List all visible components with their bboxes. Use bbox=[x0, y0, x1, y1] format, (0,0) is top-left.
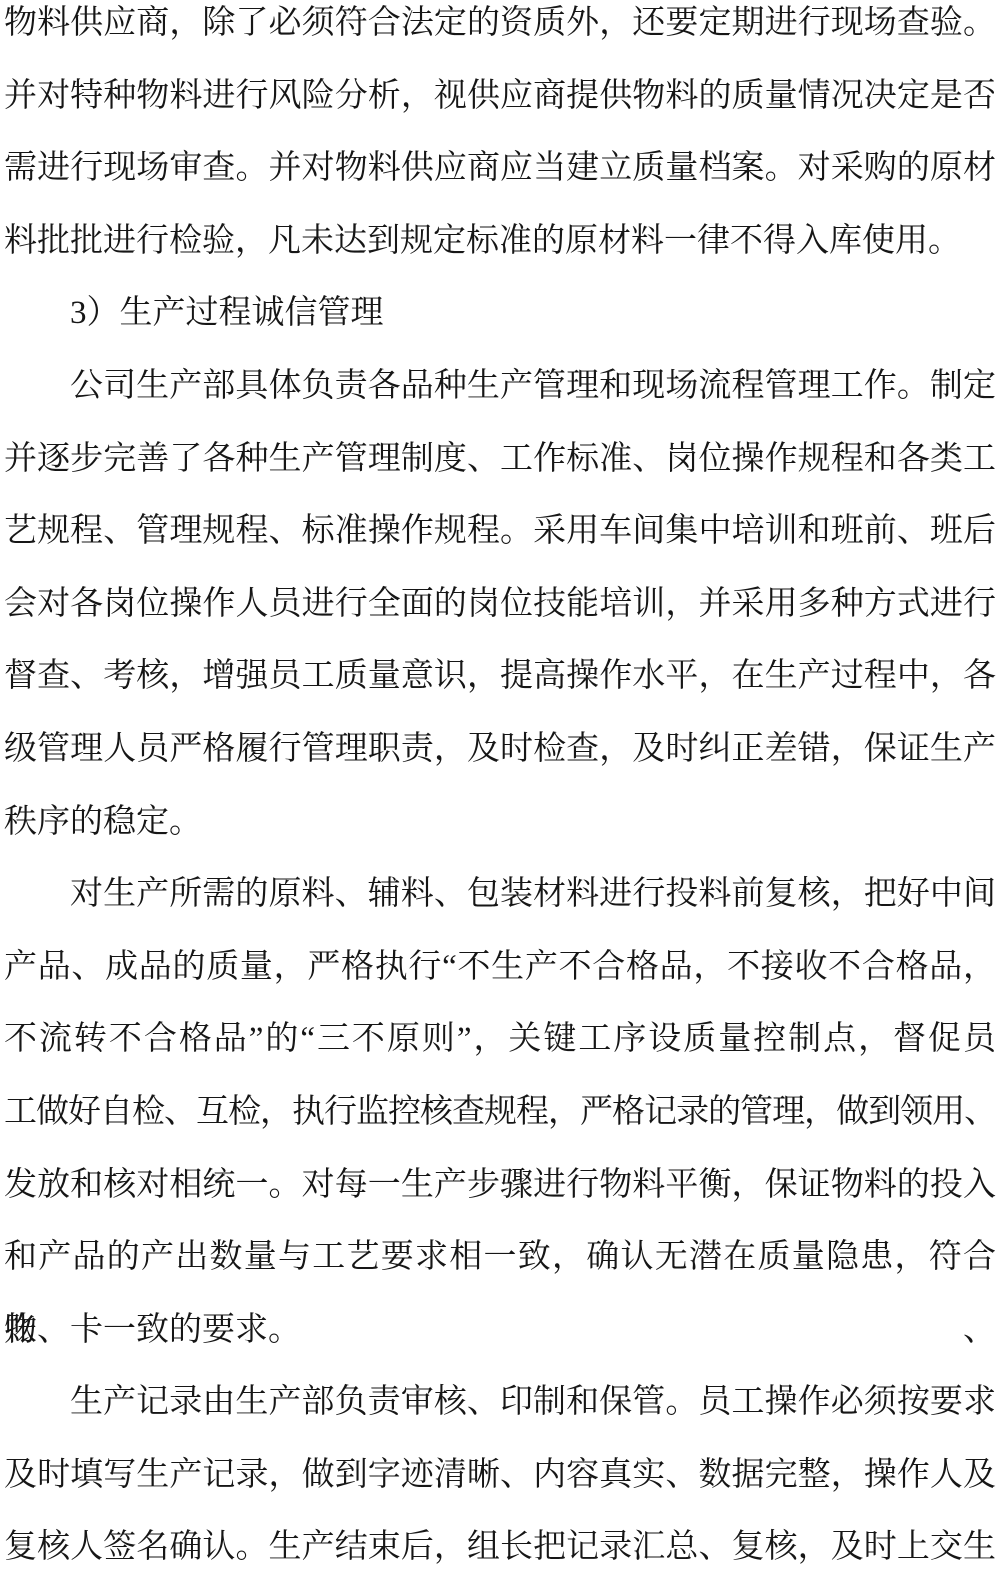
text-line: 级管理人员严格履行管理职责，及时检查，及时纠正差错，保证生产 bbox=[4, 713, 996, 786]
document-text-block: 物料供应商，除了必须符合法定的资质外，还要定期进行现场查验。 并对特种物料进行风… bbox=[0, 0, 996, 1579]
text-line: 和产品的产出数量与工艺要求相一致，确认无潜在质量隐患，符合账、 bbox=[4, 1221, 996, 1294]
text-line: 及时填写生产记录，做到字迹清晰、内容真实、数据完整，操作人及 bbox=[4, 1439, 996, 1512]
document-page: 物料供应商，除了必须符合法定的资质外，还要定期进行现场查验。 并对特种物料进行风… bbox=[0, 0, 1000, 1579]
text-line: 需进行现场审查。并对物料供应商应当建立质量档案。对采购的原材 bbox=[4, 132, 996, 205]
text-line: 督查、考核，增强员工质量意识，提高操作水平，在生产过程中，各 bbox=[4, 640, 996, 713]
text-line: 工做好自检、互检，执行监控核查规程，严格记录的管理，做到领用、 bbox=[4, 1076, 996, 1149]
text-line: 并对特种物料进行风险分析，视供应商提供物料的质量情况决定是否 bbox=[4, 60, 996, 133]
text-line: 并逐步完善了各种生产管理制度、工作标准、岗位操作规程和各类工 bbox=[4, 423, 996, 496]
text-line: 物料供应商，除了必须符合法定的资质外，还要定期进行现场查验。 bbox=[4, 0, 996, 60]
text-line: 复核人签名确认。生产结束后，组长把记录汇总、复核，及时上交生 bbox=[4, 1511, 996, 1579]
text-line: 秩序的稳定。 bbox=[4, 786, 996, 859]
text-line: 不流转不合格品”的“三不原则”，关键工序设质量控制点，督促员 bbox=[4, 1003, 996, 1076]
text-line: 产品、成品的质量，严格执行“不生产不合格品，不接收不合格品， bbox=[4, 931, 996, 1004]
text-line: 料批批进行检验，凡未达到规定标准的原材料一律不得入库使用。 bbox=[4, 205, 996, 278]
text-line: 生产记录由生产部负责审核、印制和保管。员工操作必须按要求 bbox=[4, 1366, 996, 1439]
text-line: 发放和核对相统一。对每一生产步骤进行物料平衡，保证物料的投入 bbox=[4, 1149, 996, 1222]
text-line: 艺规程、管理规程、标准操作规程。采用车间集中培训和班前、班后 bbox=[4, 495, 996, 568]
text-line: 对生产所需的原料、辅料、包装材料进行投料前复核，把好中间 bbox=[4, 858, 996, 931]
text-line: 公司生产部具体负责各品种生产管理和现场流程管理工作。制定 bbox=[4, 350, 996, 423]
text-line: 会对各岗位操作人员进行全面的岗位技能培训，并采用多种方式进行 bbox=[4, 568, 996, 641]
section-heading-line: 3）生产过程诚信管理 bbox=[4, 277, 996, 350]
